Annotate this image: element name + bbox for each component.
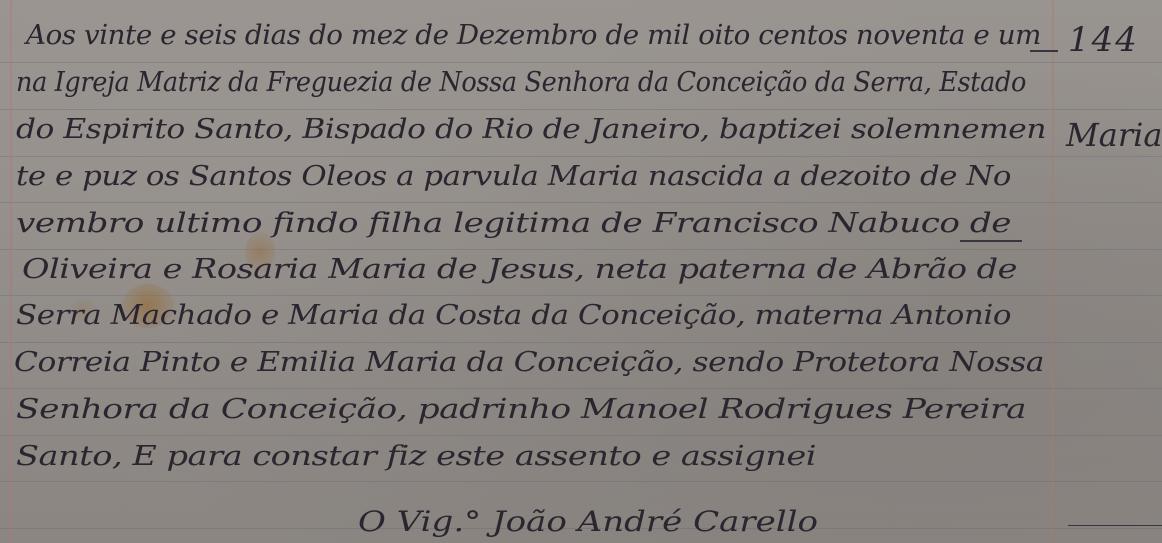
ruled-line: [0, 202, 1162, 203]
ruled-line: [0, 342, 1162, 343]
ruled-line: [0, 435, 1162, 436]
record-line-3: do Espirito Santo, Bispado do Rio de Jan…: [16, 114, 1046, 145]
priest-signature: O Vig.° João André Carello: [358, 505, 818, 538]
record-line-6: Oliveira e Rosaria Maria de Jesus, neta …: [22, 254, 1017, 285]
right-margin-rule: [1052, 0, 1054, 543]
register-page: Aos vinte e seis dias do mez de Dezembro…: [0, 0, 1162, 543]
ruled-line: [0, 249, 1162, 250]
ruled-line: [0, 481, 1162, 482]
record-line-8: Correia Pinto e Emilia Maria da Conceiçã…: [14, 347, 1044, 378]
entry-number: 144: [1068, 20, 1139, 60]
line-end-dash: [1030, 50, 1058, 52]
line-end-dash: [960, 240, 1022, 242]
ruled-line: [0, 156, 1162, 157]
record-line-7: Serra Machado e Maria da Costa da Concei…: [16, 300, 1011, 331]
record-line-9: Senhora da Conceição, padrinho Manoel Ro…: [16, 394, 1026, 425]
ruled-line: [0, 388, 1162, 389]
record-line-2: na Igreja Matriz da Freguezia de Nossa S…: [16, 67, 1026, 98]
record-line-1: Aos vinte e seis dias do mez de Dezembro…: [26, 20, 1041, 51]
margin-name: Maria: [1066, 116, 1162, 154]
left-margin-rule: [10, 0, 12, 543]
record-line-4: te e puz os Santos Oleos a parvula Maria…: [16, 161, 1011, 192]
ruled-line: [0, 62, 1162, 63]
ruled-line: [0, 295, 1162, 296]
ruled-line: [0, 109, 1162, 110]
line-end-dash: [1068, 525, 1162, 526]
record-line-10: Santo, E para constar fiz este assento e…: [16, 441, 816, 472]
record-line-5: vembro ultimo findo filha legitima de Fr…: [16, 208, 1011, 239]
